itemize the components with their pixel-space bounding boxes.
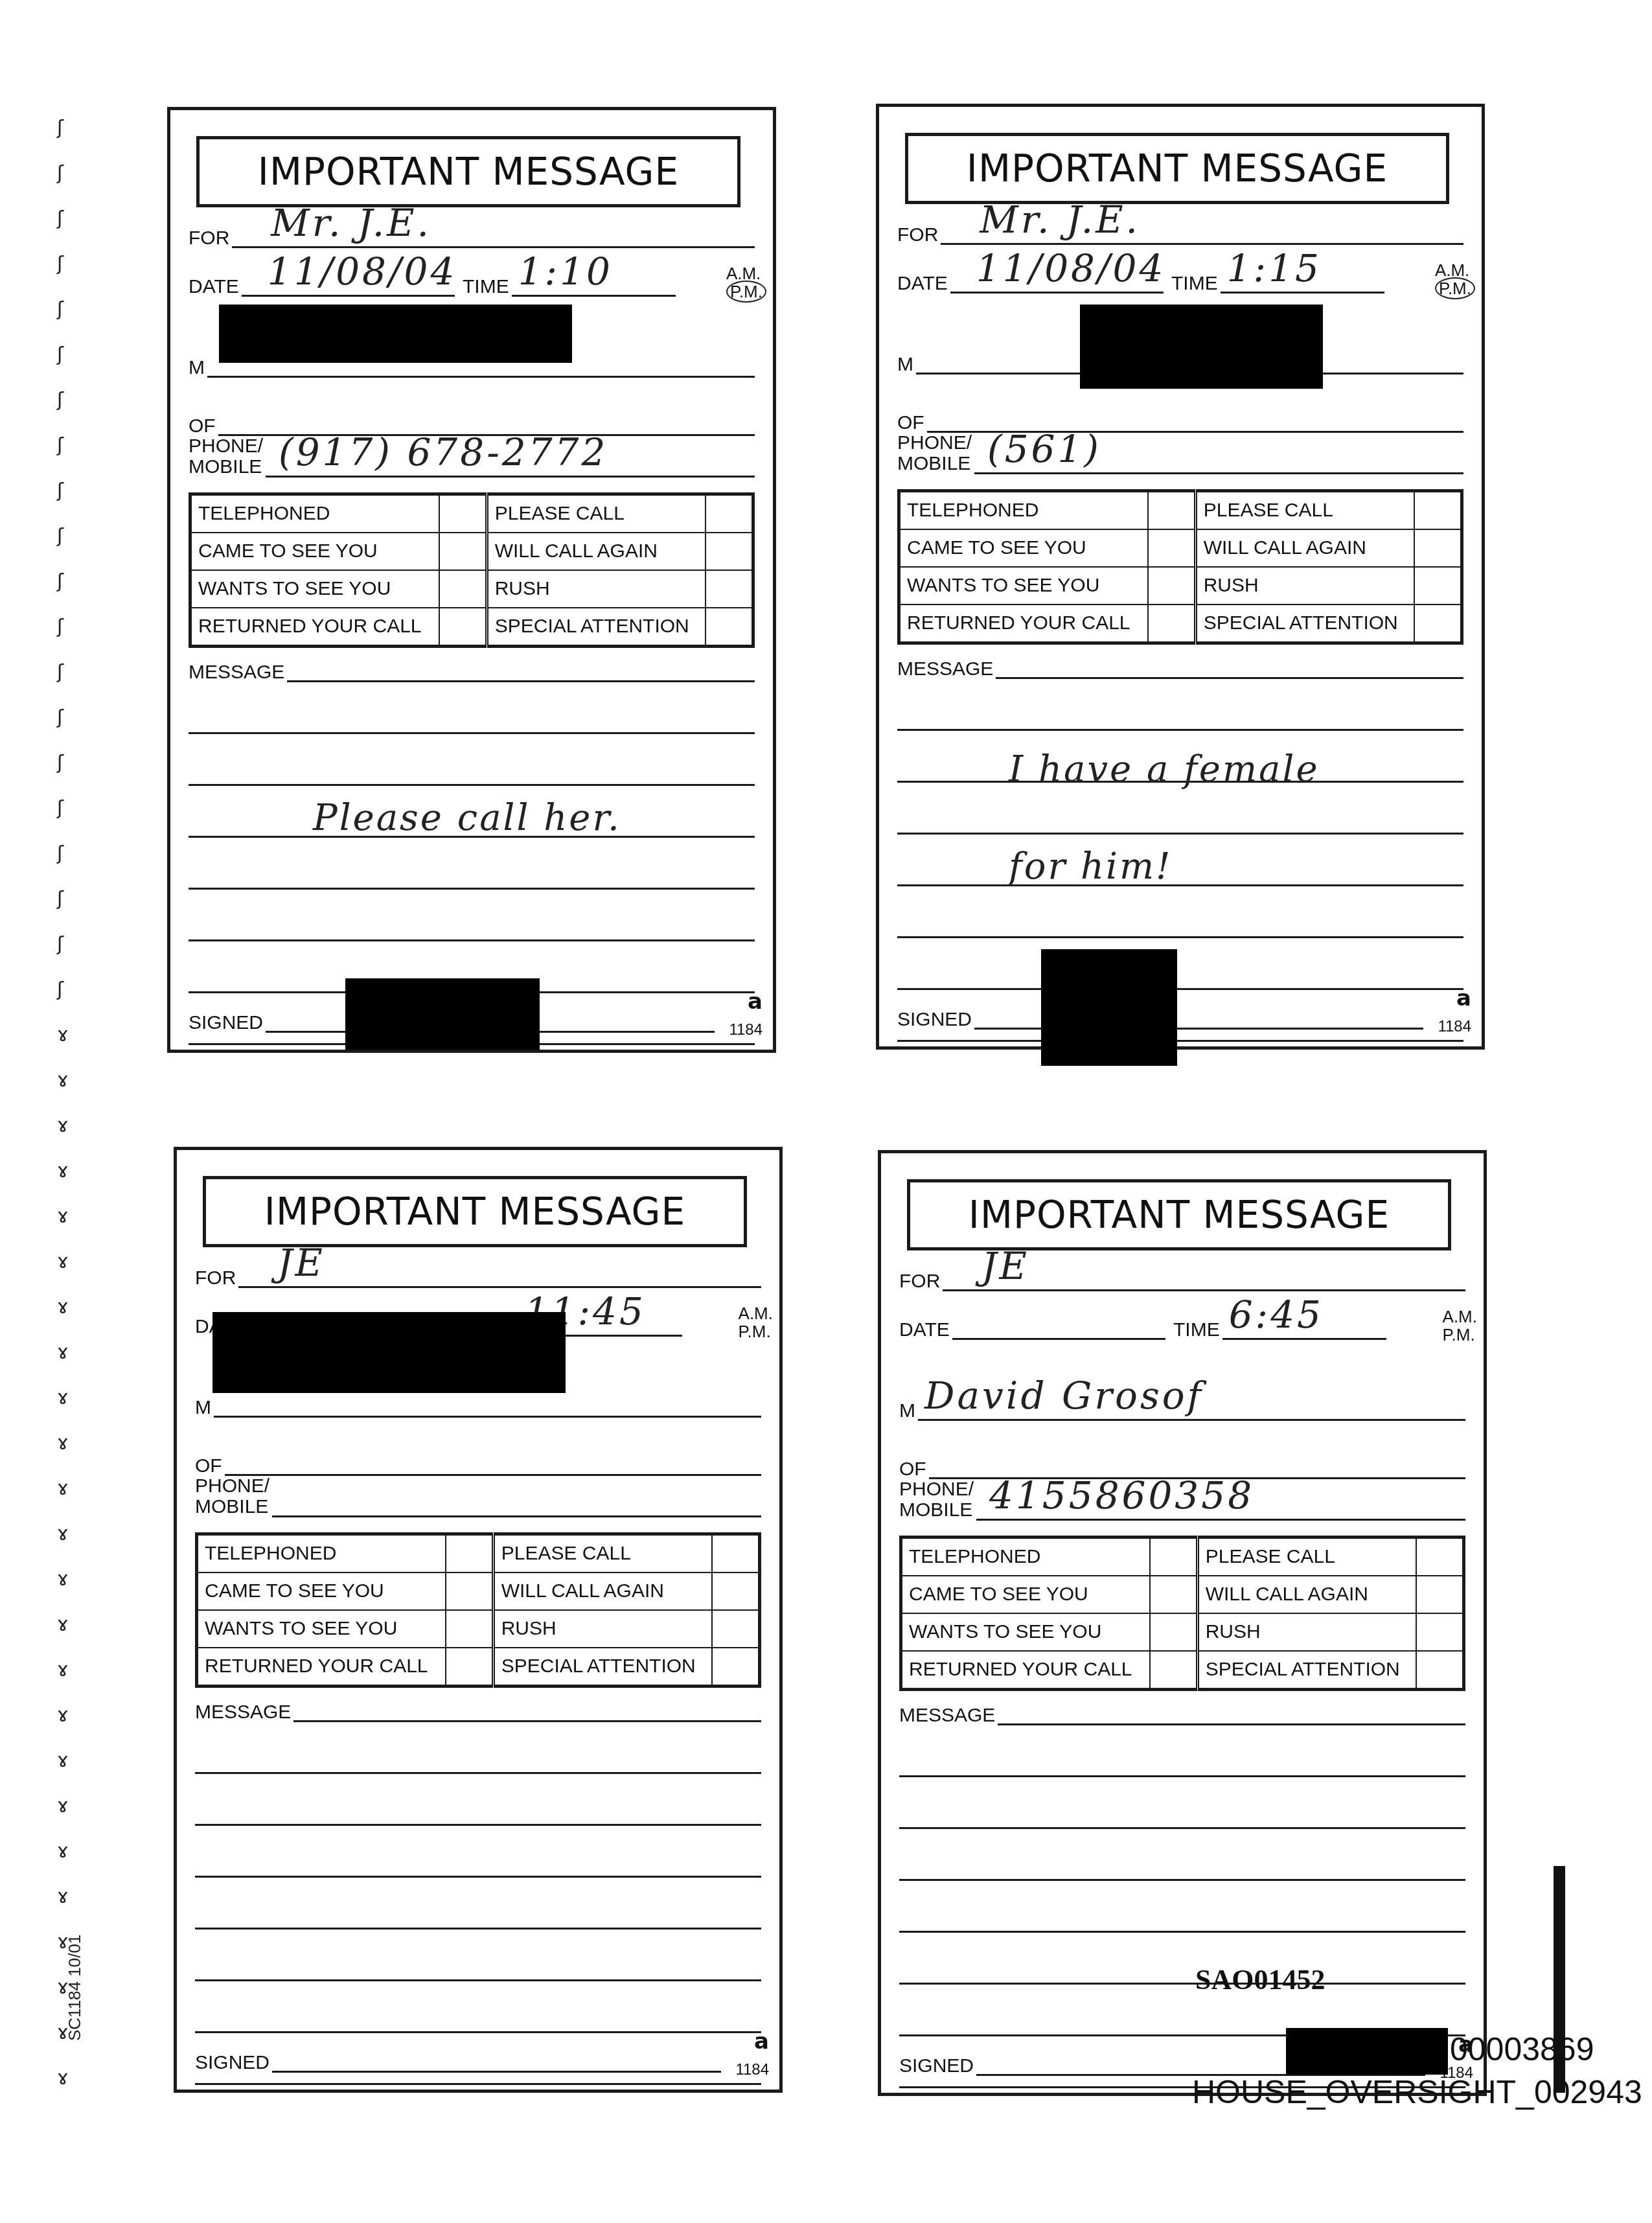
binding-mark: ʃ: [57, 525, 63, 547]
date-value: 11/08/04: [268, 249, 457, 294]
form-code: SC1184 10/01: [65, 1935, 85, 2041]
binding-mark: ɤ: [57, 1069, 69, 1092]
message-line: [195, 1979, 761, 1981]
binding-mark: ʃ: [57, 978, 63, 1001]
message-line: [897, 729, 1463, 731]
checkbox[interactable]: [1416, 1538, 1464, 1576]
redaction-box: [1041, 949, 1177, 1066]
checkbox[interactable]: [446, 1572, 494, 1610]
message-line: [195, 1824, 761, 1826]
check-label: TELEPHONED: [899, 491, 1148, 530]
phone-label: PHONE/MOBILE: [189, 436, 263, 478]
checkbox[interactable]: [446, 1648, 494, 1687]
check-label: PLEASE CALL: [493, 1534, 712, 1573]
binding-mark: ɤ: [57, 1840, 69, 1863]
checkbox[interactable]: [1414, 605, 1462, 643]
message-slip-bottom-left: IMPORTANT MESSAGE FOR JE DATE TIME 11:45…: [174, 1147, 783, 2093]
phone-row: PHONE/MOBILE (917) 678-2772: [189, 434, 755, 478]
am-pm: A.M. P.M.: [1435, 261, 1475, 297]
check-label: CAME TO SEE YOU: [190, 533, 439, 570]
mobile-label-text: MOBILE: [195, 1496, 268, 1517]
checkbox[interactable]: [706, 570, 753, 608]
slip-title: IMPORTANT MESSAGE: [905, 133, 1449, 204]
checkbox[interactable]: [1416, 1651, 1464, 1690]
phone-row: PHONE/MOBILE (561): [897, 431, 1463, 474]
binding-mark: ɤ: [57, 1659, 69, 1681]
title-text: IMPORTANT MESSAGE: [969, 1193, 1390, 1237]
message-line: [899, 1931, 1465, 1933]
for-label: FOR: [195, 1269, 236, 1288]
checkbox[interactable]: [712, 1572, 760, 1610]
binding-mark: ɤ: [57, 1432, 69, 1455]
for-value: JE: [981, 1244, 1029, 1288]
check-label: TELEPHONED: [197, 1534, 446, 1573]
binding-mark: ɤ: [57, 1160, 69, 1182]
message-line: [195, 1772, 761, 1774]
checkbox[interactable]: [706, 608, 753, 647]
sao-stamp: SAO01452: [1195, 1963, 1325, 1996]
message-line: [899, 1827, 1465, 1829]
checkbox[interactable]: [439, 494, 487, 533]
mobile-label-text: MOBILE: [189, 456, 262, 478]
checkbox[interactable]: [1148, 491, 1196, 530]
check-label: WILL CALL AGAIN: [487, 533, 706, 570]
redaction-box: [219, 305, 572, 363]
phone-label-text: PHONE/: [899, 1479, 974, 1500]
binding-mark: ɤ: [57, 1114, 69, 1137]
from-row: M: [195, 1396, 761, 1418]
message-line: [195, 1928, 761, 1929]
am-label: A.M.: [1443, 1307, 1477, 1326]
binding-mark: ʃ: [57, 752, 63, 774]
phone-value: (561): [987, 427, 1101, 471]
check-label: CAME TO SEE YOU: [901, 1576, 1150, 1613]
title-text: IMPORTANT MESSAGE: [264, 1190, 685, 1234]
binding-mark: ɤ: [57, 1704, 69, 1727]
binding-mark: ɤ: [57, 1749, 69, 1772]
check-label: SPECIAL ATTENTION: [1195, 605, 1414, 643]
pm-label: P.M.: [1435, 277, 1475, 299]
message-label: MESSAGE: [189, 663, 284, 682]
message-line: [897, 1040, 1463, 1042]
phone-row: PHONE/MOBILE 4155860358: [899, 1477, 1465, 1521]
redaction-box: [212, 1312, 566, 1393]
am-pm: A.M. P.M.: [739, 1304, 773, 1341]
checkbox[interactable]: [439, 608, 487, 647]
time-value: 1:10: [518, 249, 613, 294]
message-line: [189, 939, 755, 941]
redaction-box: [1080, 305, 1323, 389]
checkbox[interactable]: [712, 1534, 760, 1573]
from-value: David Grosof: [924, 1374, 1204, 1418]
date-value: 11/08/04: [976, 246, 1166, 290]
check-options: TELEPHONED PLEASE CALL CAME TO SEE YOU W…: [195, 1532, 761, 1688]
binding-mark: ʃ: [57, 298, 63, 321]
mobile-label-text: MOBILE: [899, 1499, 972, 1521]
binding-mark: ɤ: [57, 1341, 69, 1364]
checkbox[interactable]: [1150, 1613, 1198, 1651]
binding-mark: ɤ: [57, 1885, 69, 1908]
binding-mark: ʃ: [57, 616, 63, 638]
time-value: 1:15: [1227, 246, 1322, 290]
checkbox[interactable]: [446, 1610, 494, 1648]
of-label: OF: [189, 417, 216, 436]
check-label: PLEASE CALL: [487, 494, 706, 533]
binding-mark: ɤ: [57, 1523, 69, 1545]
checkbox[interactable]: [706, 494, 753, 533]
check-label: RUSH: [487, 570, 706, 608]
of-label: OF: [899, 1460, 926, 1479]
time-value: 6:45: [1229, 1293, 1324, 1337]
binding-mark: ʃ: [57, 797, 63, 820]
binding-mark: ʃ: [57, 117, 63, 139]
slip-title: IMPORTANT MESSAGE: [203, 1176, 747, 1247]
binding-mark: ʃ: [57, 389, 63, 411]
message-row: MESSAGE: [189, 661, 755, 682]
time-label: TIME: [463, 277, 509, 297]
checkbox[interactable]: [1150, 1576, 1198, 1613]
for-value: Mr. J.E.: [980, 198, 1140, 242]
for-row: FOR JE: [195, 1267, 761, 1288]
date-label: DATE: [189, 277, 239, 297]
checkbox[interactable]: [1148, 605, 1196, 643]
binding-mark: ɤ: [57, 1387, 69, 1409]
form-number: 1184: [735, 2061, 769, 2079]
binding-mark: ɤ: [57, 1795, 69, 1817]
date-time-row: DATE TIME 6:45: [899, 1319, 1386, 1340]
check-label: WILL CALL AGAIN: [493, 1572, 712, 1610]
message-label: MESSAGE: [899, 1706, 995, 1725]
check-label: CAME TO SEE YOU: [899, 529, 1148, 567]
am-pm: A.M. P.M.: [1443, 1307, 1477, 1344]
signed-label: SIGNED: [189, 1013, 263, 1033]
date-time-row: DATE 11/08/04 TIME 1:10: [189, 275, 676, 297]
for-value: JE: [277, 1241, 325, 1285]
binding-mark: ɤ: [57, 1477, 69, 1500]
check-label: PLEASE CALL: [1195, 491, 1414, 530]
binding-mark: ʃ: [57, 570, 63, 593]
message-line: [897, 936, 1463, 938]
slip-title: IMPORTANT MESSAGE: [196, 136, 740, 207]
pm-label: P.M.: [739, 1322, 771, 1341]
binding-mark: ʃ: [57, 842, 63, 865]
am-label: A.M.: [726, 264, 766, 282]
for-label: FOR: [189, 229, 229, 248]
check-label: WILL CALL AGAIN: [1197, 1576, 1416, 1613]
date-time-row: DATE 11/08/04 TIME 1:15: [897, 272, 1384, 294]
phone-label: PHONE/MOBILE: [195, 1476, 270, 1517]
message-text: for him!: [1009, 846, 1173, 888]
message-line: [195, 1876, 761, 1878]
for-label: FOR: [897, 225, 938, 245]
brand-logo-icon: a: [748, 989, 763, 1015]
binding-mark: ɤ: [57, 1613, 69, 1636]
phone-row: PHONE/MOBILE: [195, 1474, 761, 1517]
message-line: [897, 833, 1463, 835]
for-row: FOR Mr. J.E.: [189, 227, 755, 248]
checkbox[interactable]: [1414, 529, 1462, 567]
checkbox[interactable]: [1416, 1576, 1464, 1613]
checkbox[interactable]: [1414, 491, 1462, 530]
message-slip-top-right: IMPORTANT MESSAGE FOR Mr. J.E. DATE 11/0…: [876, 104, 1485, 1050]
checkbox[interactable]: [712, 1648, 760, 1687]
binding-mark: ɤ: [57, 1205, 69, 1228]
check-label: RETURNED YOUR CALL: [899, 605, 1148, 643]
check-label: WILL CALL AGAIN: [1195, 529, 1414, 567]
message-row: MESSAGE: [899, 1704, 1465, 1725]
binding-mark: ʃ: [57, 706, 63, 729]
message-line: [195, 2031, 761, 2033]
message-line: [189, 784, 755, 786]
form-number: 1184: [729, 1021, 763, 1039]
from-label: M: [189, 358, 205, 378]
phone-label-text: PHONE/: [189, 435, 263, 457]
checkbox[interactable]: [439, 570, 487, 608]
binding-mark: ʃ: [57, 162, 63, 185]
check-options: TELEPHONED PLEASE CALL CAME TO SEE YOU W…: [897, 489, 1463, 645]
checkbox[interactable]: [1150, 1651, 1198, 1690]
binding-mark: ʃ: [57, 933, 63, 956]
signed-row: SIGNED: [195, 2051, 721, 2073]
am-label: A.M.: [739, 1304, 773, 1322]
checkbox[interactable]: [1414, 567, 1462, 605]
for-value: Mr. J.E.: [271, 201, 431, 245]
phone-label-text: PHONE/: [897, 432, 972, 454]
check-label: TELEPHONED: [190, 494, 439, 533]
message-slip-bottom-right: IMPORTANT MESSAGE FOR JE DATE TIME 6:45 …: [878, 1150, 1487, 2096]
message-line: [195, 2083, 761, 2085]
redaction-box: [1286, 2028, 1448, 2075]
check-label: RUSH: [493, 1610, 712, 1648]
phone-label: PHONE/MOBILE: [899, 1479, 974, 1521]
signed-label: SIGNED: [897, 1010, 972, 1030]
message-text: Please call her.: [313, 797, 621, 839]
checkbox[interactable]: [1148, 529, 1196, 567]
checkbox[interactable]: [712, 1610, 760, 1648]
of-row: OF: [897, 411, 1463, 433]
title-text: IMPORTANT MESSAGE: [258, 150, 679, 194]
from-label: M: [195, 1398, 211, 1418]
check-label: CAME TO SEE YOU: [197, 1572, 446, 1610]
binding-mark: ʃ: [57, 661, 63, 684]
message-text: I have a female: [1009, 748, 1320, 790]
binding-mark: ʃ: [57, 479, 63, 502]
check-label: TELEPHONED: [901, 1538, 1150, 1576]
checkbox[interactable]: [706, 533, 753, 570]
check-label: RUSH: [1197, 1613, 1416, 1651]
check-label: RETURNED YOUR CALL: [197, 1648, 446, 1687]
pm-label: P.M.: [1443, 1325, 1475, 1344]
for-row: FOR JE: [899, 1270, 1465, 1291]
signed-label: SIGNED: [899, 2056, 974, 2076]
pm-label: P.M.: [726, 281, 766, 303]
message-row: MESSAGE: [195, 1701, 761, 1722]
check-label: RETURNED YOUR CALL: [901, 1651, 1150, 1690]
time-label: TIME: [1171, 274, 1218, 294]
from-label: M: [899, 1401, 915, 1421]
checkbox[interactable]: [439, 533, 487, 570]
phone-value: 4155860358: [989, 1473, 1254, 1517]
message-line: [897, 884, 1463, 886]
for-label: FOR: [899, 1272, 940, 1291]
check-label: RUSH: [1195, 567, 1414, 605]
message-row: MESSAGE: [897, 658, 1463, 679]
signed-label: SIGNED: [195, 2053, 270, 2073]
phone-label: PHONE/MOBILE: [897, 433, 972, 474]
checkbox[interactable]: [1148, 567, 1196, 605]
check-label: WANTS TO SEE YOU: [901, 1613, 1150, 1651]
message-line: [899, 1775, 1465, 1777]
check-label: SPECIAL ATTENTION: [1197, 1651, 1416, 1690]
binding-mark: ʃ: [57, 888, 63, 910]
binding-mark: ʃ: [57, 253, 63, 275]
message-line: [897, 988, 1463, 990]
binding-mark: ʃ: [57, 434, 63, 457]
slip-title: IMPORTANT MESSAGE: [907, 1179, 1451, 1250]
check-label: WANTS TO SEE YOU: [899, 567, 1148, 605]
of-row: OF: [195, 1455, 761, 1476]
check-label: SPECIAL ATTENTION: [487, 608, 706, 647]
check-label: WANTS TO SEE YOU: [197, 1610, 446, 1648]
checkbox[interactable]: [1150, 1538, 1198, 1576]
phone-value: (917) 678-2772: [279, 430, 608, 474]
from-row: M David Grosof: [899, 1399, 1465, 1421]
phone-label-text: PHONE/: [195, 1475, 270, 1497]
message-label: MESSAGE: [897, 660, 993, 679]
date-label: DATE: [899, 1320, 950, 1340]
am-pm: A.M. P.M.: [726, 264, 766, 301]
check-options: TELEPHONED PLEASE CALL CAME TO SEE YOU W…: [189, 492, 755, 648]
of-label: OF: [897, 413, 924, 433]
message-line: [189, 888, 755, 890]
redaction-box: [345, 978, 540, 1050]
bates-number-partial: 00003869: [1450, 2031, 1594, 2068]
check-label: SPECIAL ATTENTION: [493, 1648, 712, 1687]
am-label: A.M.: [1435, 261, 1475, 279]
binding-mark: ʃ: [57, 207, 63, 230]
message-line: [189, 732, 755, 734]
title-text: IMPORTANT MESSAGE: [967, 146, 1388, 190]
binding-mark: ɤ: [57, 1024, 69, 1046]
of-label: OF: [195, 1457, 222, 1476]
binding-mark: ɤ: [57, 1296, 69, 1319]
bates-number: HOUSE_OVERSIGHT_002943: [1192, 2073, 1642, 2111]
binding-mark: ɤ: [57, 1250, 69, 1273]
time-label: TIME: [1173, 1320, 1220, 1340]
binding-mark: ɤ: [57, 1568, 69, 1591]
message-slip-top-left: IMPORTANT MESSAGE FOR Mr. J.E. DATE 11/0…: [167, 107, 776, 1053]
brand-logo-icon: a: [754, 2029, 769, 2055]
binding-mark: ɤ: [57, 2067, 69, 2090]
check-options: TELEPHONED PLEASE CALL CAME TO SEE YOU W…: [899, 1536, 1465, 1691]
brand-logo-icon: a: [1456, 985, 1471, 1011]
for-row: FOR Mr. J.E.: [897, 224, 1463, 245]
checkbox[interactable]: [1416, 1613, 1464, 1651]
from-label: M: [897, 355, 913, 374]
message-line: [899, 1983, 1465, 1985]
message-line: [899, 1879, 1465, 1881]
mobile-label-text: MOBILE: [897, 453, 970, 474]
message-label: MESSAGE: [195, 1703, 291, 1722]
date-label: DATE: [897, 274, 948, 294]
check-label: RETURNED YOUR CALL: [190, 608, 439, 647]
check-label: WANTS TO SEE YOU: [190, 570, 439, 608]
form-number: 1184: [1438, 1018, 1471, 1036]
binding-mark: ʃ: [57, 343, 63, 366]
checkbox[interactable]: [446, 1534, 494, 1573]
check-label: PLEASE CALL: [1197, 1538, 1416, 1576]
